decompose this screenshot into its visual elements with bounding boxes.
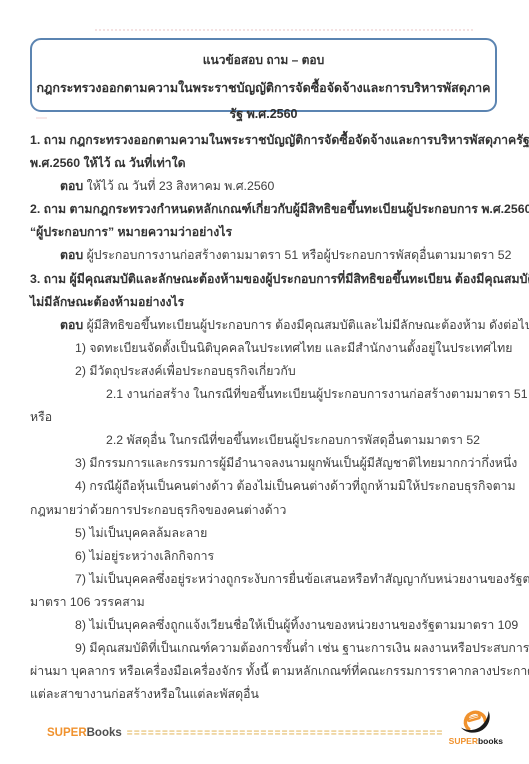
faint-dotted-line — [95, 29, 473, 31]
list-item-line: 9) มีคุณสมบัติที่เป็นเกณฑ์ความต้องการขั้… — [30, 637, 500, 660]
list-item-line: 2) มีวัตถุประสงค์เพื่อประกอบธุรกิจเกี่ยว… — [30, 360, 500, 383]
list-item-line: 5) ไม่เป็นบุคคลล้มละลาย — [30, 522, 500, 545]
footer-brand-books: Books — [87, 727, 122, 739]
footer-logo-super: SUPER — [449, 736, 478, 746]
footer-logo-text: SUPERbooks — [449, 736, 503, 746]
list-item-line: 4) กรณีผู้ถือหุ้นเป็นคนต่างด้าว ต้องไม่เ… — [30, 475, 500, 498]
answer-line: ตอบ ผู้ประกอบการงานก่อสร้างตามมาตรา 51 ห… — [30, 244, 500, 267]
header-subtitle: กฎกระทรวงออกตามความในพระราชบัญญัติการจัด… — [32, 75, 495, 101]
footer-brand-left: SUPERBooks — [47, 726, 122, 740]
list-item-line: 6) ไม่อยู่ระหว่างเลิกกิจการ — [30, 545, 500, 568]
answer-prefix: ตอบ — [60, 179, 87, 193]
answer-line: ตอบ ผู้มีสิทธิขอขึ้นทะเบียนผู้ประกอบการ … — [30, 314, 500, 337]
continuation-line: มาตรา 106 วรรคสาม — [30, 591, 500, 614]
question-line: ไม่มีลักษณะต้องห้ามอย่างงไร — [30, 291, 500, 314]
footer-separator-line: ========================================… — [127, 727, 444, 740]
footer-logo-books: books — [478, 736, 503, 746]
answer-prefix: ตอบ — [60, 318, 87, 332]
superbooks-swoosh-icon — [459, 705, 493, 736]
list-item-line: 3) มีกรรมการและกรรมการผู้มีอำนาจลงนามผูก… — [30, 452, 500, 475]
header-box: แนวข้อสอบ ถาม – ตอบ กฎกระทรวงออกตามความใ… — [30, 38, 497, 112]
answer-line: ตอบ ให้ไว้ ณ วันที่ 23 สิงหาคม พ.ศ.2560 — [30, 175, 500, 198]
continuation-line: กฎหมายว่าด้วยการประกอบธุรกิจของคนต่างด้า… — [30, 499, 500, 522]
continuation-line: หรือ — [30, 406, 500, 429]
answer-prefix: ตอบ — [60, 248, 87, 262]
question-line: 2. ถาม ตามกฎกระทรวงกำหนดหลักเกณฑ์เกี่ยวก… — [30, 198, 500, 221]
list-item-line: 8) ไม่เป็นบุคคลซึ่งถูกแจ้งเวียนชื่อให้เป… — [30, 614, 500, 637]
question-line: 1. ถาม กฎกระทรวงออกตามความในพระราชบัญญัต… — [30, 129, 500, 152]
footer: SUPERBooks =============================… — [47, 705, 503, 740]
continuation-line: ผ่านมา บุคลากร หรือเครื่องมือเครื่องจักร… — [30, 660, 500, 683]
list-item-line: 7) ไม่เป็นบุคคลซึ่งอยู่ระหว่างถูกระงับกา… — [30, 568, 500, 591]
footer-logo: SUPERbooks — [449, 705, 503, 746]
question-line: พ.ศ.2560 ให้ไว้ ณ วันที่เท่าใด — [30, 152, 500, 175]
question-line: 3. ถาม ผู้มีคุณสมบัติและลักษณะต้องห้ามขอ… — [30, 268, 500, 291]
list-item-line: 2.2 พัสดุอื่น ในกรณีที่ขอขึ้นทะเบียนผู้ป… — [30, 429, 500, 452]
list-item-line: 2.1 งานก่อสร้าง ในกรณีที่ขอขึ้นทะเบียนผู… — [30, 383, 500, 406]
footer-brand-super: SUPER — [47, 727, 87, 739]
document-body: 1. ถาม กฎกระทรวงออกตามความในพระราชบัญญัต… — [30, 129, 500, 706]
header-title: แนวข้อสอบ ถาม – ตอบ — [32, 48, 495, 72]
question-line: “ผู้ประกอบการ” หมายความว่าอย่างไร — [30, 221, 500, 244]
list-item-line: 1) จดทะเบียนจัดตั้งเป็นนิติบุคคลในประเทศ… — [30, 337, 500, 360]
faint-dash-artifact — [36, 117, 47, 119]
continuation-line: แต่ละสาขางานก่อสร้างหรือในแต่ละพัสดุอื่น — [30, 683, 500, 706]
